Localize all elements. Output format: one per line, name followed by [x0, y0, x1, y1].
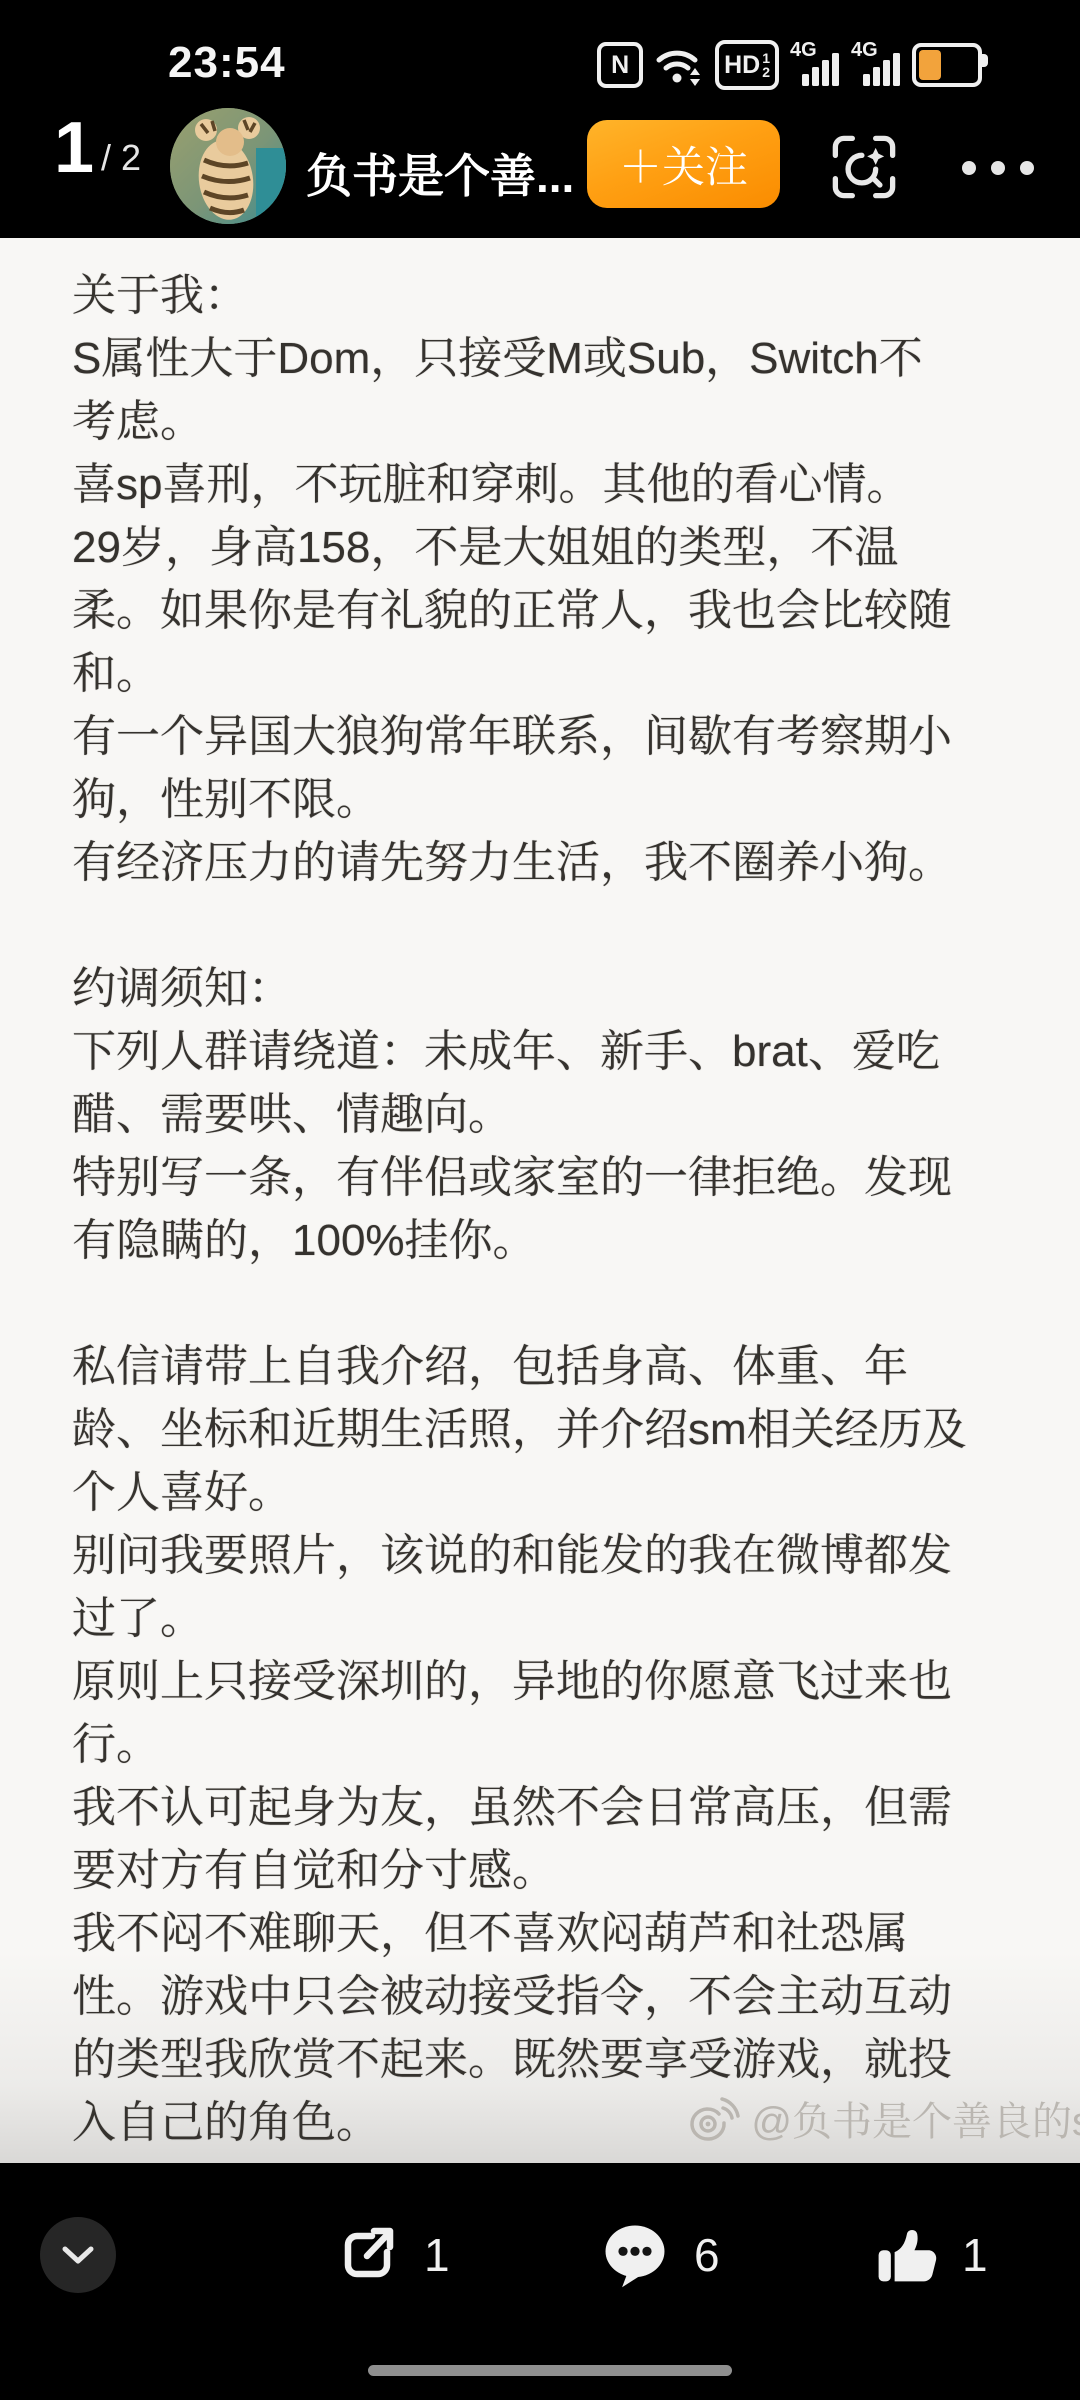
chevron-down-icon	[61, 2245, 95, 2265]
signal-4g-sim1-icon: 4G	[790, 41, 840, 89]
text-line: 柔。如果你是有礼貌的正常人，我也会比较随	[72, 579, 1032, 642]
text-line: 有一个异国大狼狗常年联系，间歇有考察期小	[72, 705, 1032, 768]
photo-viewport[interactable]: 关于我：S属性大于Dom，只接受M或Sub，Switch不考虑。喜sp喜刑，不玩…	[0, 238, 1080, 2163]
text-line: 和。	[72, 642, 1032, 705]
text-line: 考虑。	[72, 390, 1032, 453]
signal-4g-sim2-icon: 4G	[851, 41, 901, 89]
text-line: 特别写一条，有伴侣或家室的一律拒绝。发现	[72, 1146, 1032, 1209]
weibo-watermark: @负书是个善良的s	[686, 2090, 1080, 2147]
text-line: 别问我要照片，该说的和能发的我在微博都发	[72, 1524, 1032, 1587]
more-icon	[962, 161, 976, 175]
text-line: 约调须知：	[72, 957, 1032, 1020]
text-line: 醋、需要哄、情趣向。	[72, 1083, 1032, 1146]
text-line: 原则上只接受深圳的，异地的你愿意飞过来也	[72, 1650, 1032, 1713]
like-icon	[872, 2223, 938, 2287]
watermark-text: @负书是个善良的s	[751, 2090, 1080, 2147]
home-indicator[interactable]	[368, 2365, 732, 2376]
text-line	[72, 894, 1032, 957]
text-line: 私信请带上自我介绍，包括身高、体重、年	[72, 1335, 1032, 1398]
weibo-logo-icon	[686, 2093, 742, 2145]
page-indicator: 1 / 2	[54, 112, 141, 184]
text-line: 我不认可起身为友，虽然不会日常高压，但需	[72, 1776, 1032, 1839]
username[interactable]: 负书是个善...	[306, 140, 574, 206]
ai-scan-button[interactable]	[828, 131, 900, 203]
battery-icon	[912, 43, 982, 87]
text-line: 喜sp喜刑，不玩脏和穿刺。其他的看心情。	[72, 453, 1032, 516]
photo-text: 关于我：S属性大于Dom，只接受M或Sub，Switch不考虑。喜sp喜刑，不玩…	[72, 264, 1032, 2154]
avatar[interactable]	[170, 108, 286, 224]
comment-button[interactable]: 6	[600, 2217, 720, 2293]
text-line	[72, 1272, 1032, 1335]
text-line: 要对方有自觉和分寸感。	[72, 1839, 1032, 1902]
page-total: / 2	[101, 137, 141, 179]
volte-hd-icon: HD 12	[715, 40, 779, 90]
status-icons: N HD 12 4G 4G	[597, 40, 988, 90]
wifi-icon	[654, 41, 704, 89]
ai-scan-icon	[829, 132, 899, 202]
nfc-icon: N	[597, 42, 643, 88]
text-line: 行。	[72, 1713, 1032, 1776]
text-line: 下列人群请绕道：未成年、新手、brat、爱吃	[72, 1020, 1032, 1083]
avatar-tiger-photo	[170, 108, 286, 224]
comment-count: 6	[694, 2228, 720, 2282]
like-button[interactable]: 1	[872, 2217, 988, 2293]
text-line: S属性大于Dom，只接受M或Sub，Switch不	[72, 327, 1032, 390]
follow-button[interactable]: ＋关注	[587, 120, 780, 208]
text-line: 我不闷不难聊天，但不喜欢闷葫芦和社恐属	[72, 1902, 1032, 1965]
text-line: 过了。	[72, 1587, 1032, 1650]
share-button[interactable]: 1	[336, 2217, 450, 2293]
text-line: 29岁，身高158，不是大姐姐的类型，不温	[72, 516, 1032, 579]
text-line: 性。游戏中只会被动接受指令，不会主动互动	[72, 1965, 1032, 2028]
collapse-button[interactable]	[40, 2217, 116, 2293]
bottom-bar: 1 6 1	[0, 2163, 1080, 2400]
text-line: 个人喜好。	[72, 1461, 1032, 1524]
text-line: 龄、坐标和近期生活照，并介绍sm相关经历及	[72, 1398, 1032, 1461]
share-icon	[336, 2223, 400, 2287]
text-line: 有隐瞒的，100%挂你。	[72, 1209, 1032, 1272]
weibo-image-viewer-screen: 23:54 N HD 12 4G 4G	[0, 0, 1080, 2400]
text-line: 狗，性别不限。	[72, 768, 1032, 831]
text-line: 关于我：	[72, 264, 1032, 327]
status-bar: 23:54 N HD 12 4G 4G	[0, 0, 1080, 100]
comment-icon	[600, 2220, 670, 2290]
text-line: 的类型我欣赏不起来。既然要享受游戏，就投	[72, 2028, 1032, 2091]
text-line: 有经济压力的请先努力生活，我不圈养小狗。	[72, 831, 1032, 894]
like-count: 1	[962, 2228, 988, 2282]
status-time: 23:54	[168, 38, 286, 88]
battery-fill	[919, 50, 941, 80]
page-current: 1	[54, 112, 94, 184]
more-button[interactable]	[952, 140, 1044, 196]
share-count: 1	[424, 2228, 450, 2282]
